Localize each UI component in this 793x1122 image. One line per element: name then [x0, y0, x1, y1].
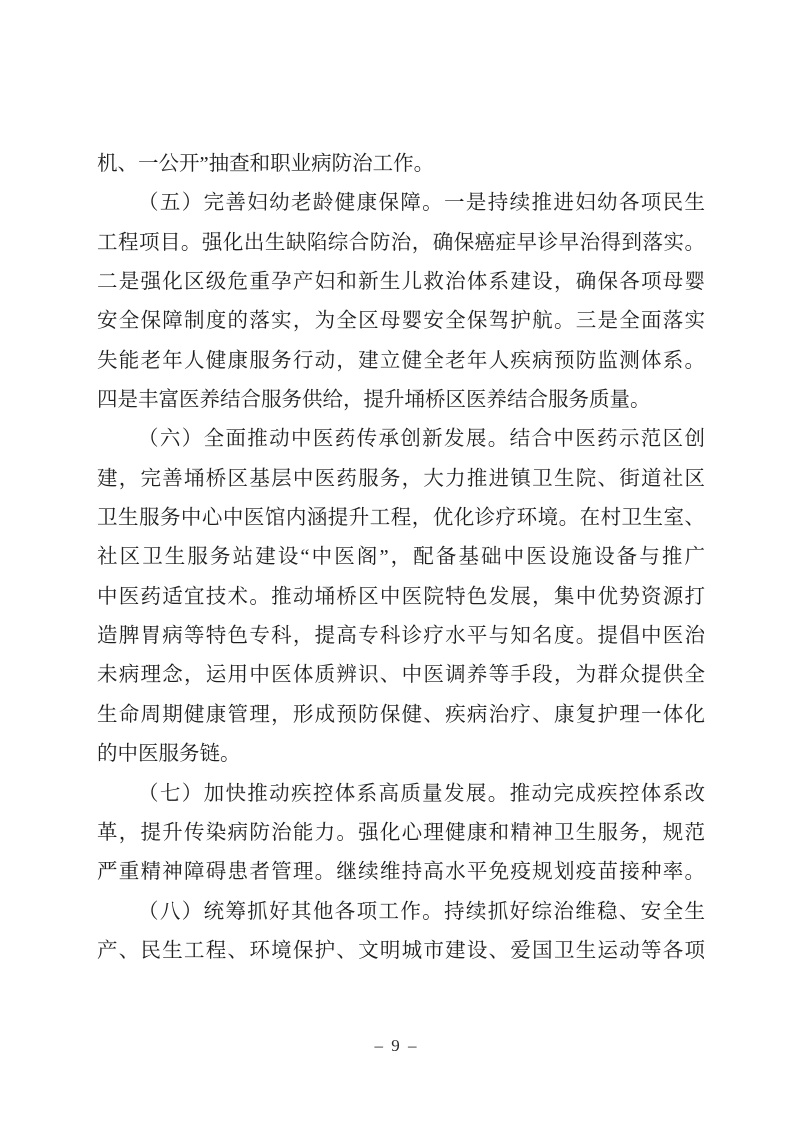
paragraph-end-line: 严重精神障碍患者管理。继续维持高水平免疫规划疫苗接种率。 [97, 853, 705, 892]
page-number: – 9 – [0, 1036, 793, 1056]
paragraph-start-line: （八）统筹抓好其他各项工作。持续抓好综治维稳、安全生 [97, 893, 705, 932]
text-line: 机、一公开”抽查和职业病防治工作。 [97, 145, 705, 184]
text-line: 建，完善埇桥区基层中医药服务，大力推进镇卫生院、街道社区 [97, 460, 705, 499]
document-page: 机、一公开”抽查和职业病防治工作。 （五）完善妇幼老龄健康保障。一是持续推进妇幼… [0, 0, 793, 1122]
text-line: 社区卫生服务站建设“中医阁”，配备基础中医设施设备与推广 [97, 538, 705, 577]
text-line: 革，提升传染病防治能力。强化心理健康和精神卫生服务，规范 [97, 814, 705, 853]
text-line: 失能老年人健康服务行动，建立健全老年人疾病预防监测体系。 [97, 342, 705, 381]
text-line: 卫生服务中心中医馆内涵提升工程，优化诊疗环境。在村卫生室、 [97, 499, 705, 538]
paragraph-end-line: 四是丰富医养结合服务供给，提升埇桥区医养结合服务质量。 [97, 381, 705, 420]
paragraph-start-line: （六）全面推动中医药传承创新发展。结合中医药示范区创 [97, 420, 705, 459]
paragraph-start-line: （五）完善妇幼老龄健康保障。一是持续推进妇幼各项民生 [97, 184, 705, 223]
text-line: 未病理念，运用中医体质辨识、中医调养等手段，为群众提供全 [97, 656, 705, 695]
document-body: 机、一公开”抽查和职业病防治工作。 （五）完善妇幼老龄健康保障。一是持续推进妇幼… [97, 145, 705, 971]
text-line: 安全保障制度的落实，为全区母婴安全保驾护航。三是全面落实 [97, 302, 705, 341]
text-line: 造脾胃病等特色专科，提高专科诊疗水平与知名度。提倡中医治 [97, 617, 705, 656]
paragraph-end-line: 的中医服务链。 [97, 735, 705, 774]
text-line: 二是强化区级危重孕产妇和新生儿救治体系建设，确保各项母婴 [97, 263, 705, 302]
text-line: 工程项目。强化出生缺陷综合防治，确保癌症早诊早治得到落实。 [97, 224, 705, 263]
text-line: 中医药适宜技术。推动埇桥区中医院特色发展，集中优势资源打 [97, 578, 705, 617]
paragraph-start-line: （七）加快推动疾控体系高质量发展。推动完成疾控体系改 [97, 775, 705, 814]
text-line: 产、民生工程、环境保护、文明城市建设、爱国卫生运动等各项 [97, 932, 705, 971]
text-line: 生命周期健康管理，形成预防保健、疾病治疗、康复护理一体化 [97, 696, 705, 735]
